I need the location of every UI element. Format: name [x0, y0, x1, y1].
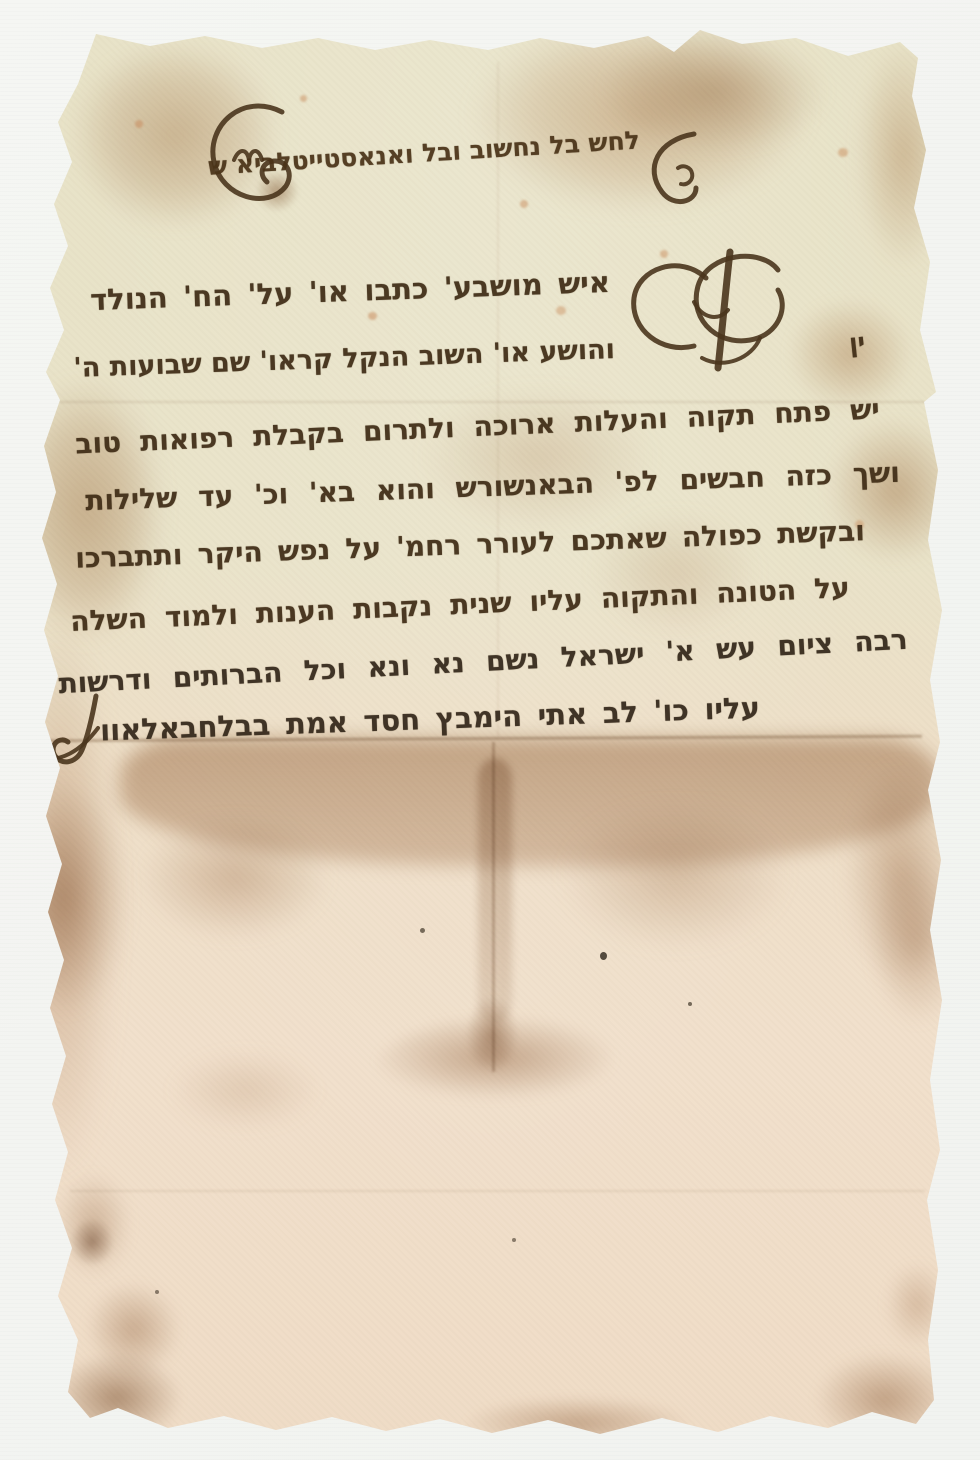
- water-stain: [856, 40, 951, 270]
- fold-crease-vertical: [497, 62, 499, 738]
- manuscript-line: עליו כו' לב אתי הימבץ חסד אמת בבלחבאלאוו: [100, 690, 761, 747]
- paper-sheet: לחש בל נחשוב ובל ואנאסטייטלביא ש ין איש …: [0, 0, 980, 1460]
- water-stain: [372, 1015, 617, 1100]
- scanner-background: לחש בל נחשוב ובל ואנאסטייטלביא ש ין איש …: [0, 0, 980, 1460]
- water-stain: [170, 1050, 320, 1130]
- fold-crease-vertical: [492, 742, 495, 1072]
- ink-speck: [688, 1002, 692, 1006]
- water-stain-drip: [478, 758, 512, 1023]
- foxing-spot: [300, 95, 307, 102]
- manuscript-line: ובקשת כפולה שאתכם לעורר רחמ' על נפש היקר…: [75, 514, 866, 575]
- ink-speck: [155, 1290, 159, 1294]
- manuscript-word-lead: ין: [832, 326, 883, 360]
- foxing-spot: [660, 250, 668, 258]
- water-stain: [140, 815, 330, 940]
- foxing-spot: [520, 200, 528, 208]
- water-stain: [560, 800, 790, 950]
- manuscript-line: על הטונה והתקוה עליו שנית נקבות הענות ול…: [70, 571, 851, 638]
- water-stain: [815, 1352, 955, 1447]
- water-stain: [885, 1262, 950, 1347]
- foxing-spot: [368, 312, 377, 320]
- water-stain: [52, 1352, 182, 1444]
- water-stain: [56, 1172, 131, 1277]
- water-stain: [0, 780, 130, 1015]
- manuscript-line: ושך כזה חבשים לפ' הבאנשורש והוא בא' וכ' …: [85, 456, 901, 517]
- water-stain: [870, 855, 965, 1025]
- water-stain: [2, 615, 117, 1185]
- water-stain: [86, 1282, 181, 1377]
- pen-flourish-monogram: [610, 246, 796, 378]
- ink-speck: [420, 928, 425, 933]
- water-stain: [462, 1396, 692, 1451]
- water-stain: [70, 40, 280, 230]
- water-stain-band: [120, 738, 942, 866]
- manuscript-line: והושע או' השוב הנקל קראו' שם שבועות ה': [100, 334, 616, 383]
- ink-speck: [600, 952, 607, 960]
- manuscript-line: איש מושבע' כתבו או' על' הח' הנולד: [90, 265, 611, 317]
- ink-speck: [512, 1238, 516, 1242]
- foxing-spot: [135, 120, 143, 128]
- manuscript-line: יש פתח תקוה והעלות ארוכה ולתרום בקבלת רפ…: [75, 392, 881, 460]
- foxing-spot: [838, 148, 848, 157]
- water-stain: [470, 18, 810, 213]
- manuscript-header-line: לחש בל נחשוב ובל ואנאסטייטלביא ש: [294, 125, 640, 175]
- water-stain: [70, 1218, 114, 1266]
- manuscript-line: רבה ציום עש א' ישראל נשם נא ונא וכל הברו…: [58, 623, 909, 700]
- pen-flourish-swirl: [630, 124, 712, 210]
- fold-crease-horizontal: [70, 1190, 925, 1192]
- water-stain: [845, 760, 955, 985]
- foxing-spot: [556, 306, 566, 315]
- water-stain-drip: [466, 995, 518, 1073]
